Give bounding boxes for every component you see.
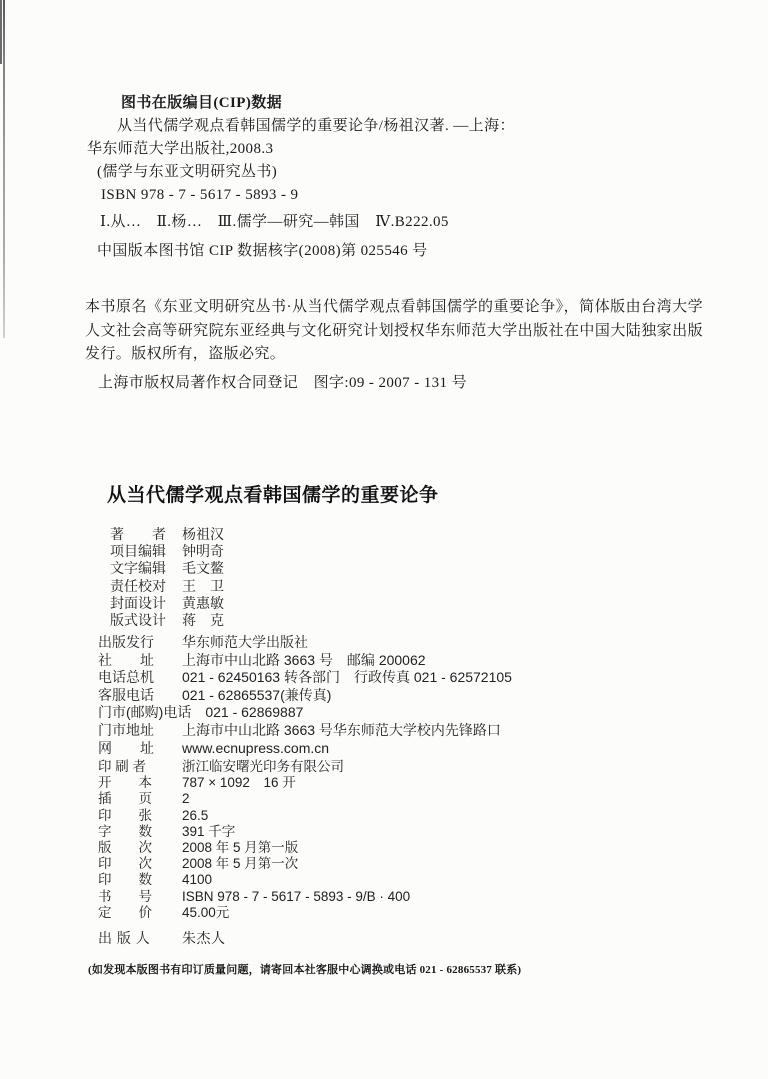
row-label: 责任校对 (110, 578, 182, 595)
copyright-notice-paragraph: 本书原名《东亚文明研究丛书·从当代儒学观点看韩国儒学的重要论争》，简体版由台湾大… (85, 296, 703, 367)
printing-row-print-run: 印 数4100 (98, 872, 410, 888)
row-label: 版 次 (98, 840, 182, 856)
row-value: 4100 (182, 872, 212, 888)
publishing-row-service-phone: 客服电话021 - 62865537(兼传真) (98, 687, 512, 705)
scan-edge-artifact (0, 0, 2, 64)
row-value: 45.00元 (182, 905, 229, 921)
printing-row-price: 定 价45.00元 (98, 905, 410, 921)
scan-edge-line (3, 0, 5, 338)
row-label: 出 版 人 (98, 929, 182, 947)
row-label: 印 张 (98, 808, 182, 824)
credit-row-cover-design: 封面设计黄惠敏 (110, 595, 224, 612)
credit-row-author: 著 者杨祖汉 (110, 526, 224, 543)
row-value: 2008 年 5 月第一版 (182, 840, 298, 856)
publishing-row-switchboard: 电话总机021 - 62450163 转各部门 行政传真 021 - 62572… (98, 669, 512, 687)
credit-row-project-editor: 项目编辑钟明奇 (110, 543, 224, 560)
row-value: 黄惠敏 (182, 595, 224, 612)
row-label: 版式设计 (110, 612, 182, 629)
cip-title-line: 从当代儒学观点看韩国儒学的重要论争/杨祖汉著. —上海： (117, 115, 707, 138)
row-label: 印 数 (98, 872, 182, 888)
printing-row-printer: 印 刷 者浙江临安曙光印务有限公司 (98, 759, 410, 775)
publishing-row-website: 网 址www.ecnupress.com.cn (98, 740, 512, 758)
row-value: 021 - 62450163 转各部门 行政传真 021 - 62572105 (182, 669, 512, 687)
row-value: 021 - 62869887 (191, 704, 303, 722)
credit-row-text-editor: 文字编辑毛文鳌 (110, 560, 224, 577)
publisher-row: 出 版 人朱杰人 (98, 929, 226, 947)
printing-row-format: 开 本787 × 1092 16 开 (98, 775, 410, 791)
row-label: 印 刷 者 (98, 759, 182, 775)
row-value: 2 (182, 791, 190, 807)
credit-row-layout-design: 版式设计蒋 克 (110, 612, 224, 629)
row-value: 毛文鳌 (182, 560, 224, 577)
row-label: 字 数 (98, 824, 182, 840)
row-label: 印 次 (98, 856, 182, 872)
printing-row-word-count: 字 数391 千字 (98, 824, 410, 840)
row-label: 客服电话 (98, 687, 182, 705)
row-label: 插 页 (98, 791, 182, 807)
row-label: 封面设计 (110, 595, 182, 612)
cip-block: 图书在版编目(CIP)数据 从当代儒学观点看韩国儒学的重要论争/杨祖汉著. —上… (85, 92, 707, 263)
cip-record-number-line: 中国版本图书馆 CIP 数据核字(2008)第 025546 号 (97, 240, 707, 263)
row-value: 021 - 62865537(兼传真) (182, 687, 331, 705)
printing-row-book-number: 书 号ISBN 978 - 7 - 5617 - 5893 - 9/B · 40… (98, 889, 410, 905)
cip-header: 图书在版编目(CIP)数据 (121, 92, 707, 115)
row-label: 文字编辑 (110, 560, 182, 577)
row-value: 蒋 克 (182, 612, 224, 629)
cip-isbn-line: ISBN 978 - 7 - 5617 - 5893 - 9 (101, 184, 707, 207)
row-value: 浙江临安曙光印务有限公司 (182, 759, 344, 775)
row-value: 王 卫 (182, 578, 224, 595)
printing-row-edition: 版 次2008 年 5 月第一版 (98, 840, 410, 856)
publishing-row-store-address: 门市地址上海市中山北路 3663 号华东师范大学校内先锋路口 (98, 722, 512, 740)
cip-classification-line: Ⅰ.从… Ⅱ.杨… Ⅲ.儒学—研究—韩国 Ⅳ.B222.05 (100, 211, 707, 234)
row-value: 朱杰人 (182, 929, 226, 947)
row-value: 391 千字 (182, 824, 235, 840)
scanned-copyright-page: 图书在版编目(CIP)数据 从当代儒学观点看韩国儒学的重要论争/杨祖汉著. —上… (0, 0, 768, 1079)
quality-complaint-footnote: (如发现本版图书有印订质量问题，请寄回本社客服中心调换或电话 021 - 628… (88, 961, 521, 977)
cip-series-line: (儒学与东亚文明研究丛书) (97, 161, 707, 184)
publishing-info-list: 出版发行华东师范大学出版社 社 址上海市中山北路 3663 号 邮编 20006… (98, 634, 512, 757)
row-value: www.ecnupress.com.cn (182, 740, 329, 758)
printing-info-list: 印 刷 者浙江临安曙光印务有限公司 开 本787 × 1092 16 开 插 页… (98, 759, 410, 921)
row-label: 开 本 (98, 775, 182, 791)
row-label: 社 址 (98, 652, 182, 670)
publishing-row-store-phone: 门市(邮购)电话 021 - 62869887 (98, 704, 512, 722)
row-value: 787 × 1092 16 开 (182, 775, 296, 791)
publisher-person-row: 出 版 人朱杰人 (98, 929, 226, 947)
book-title: 从当代儒学观点看韩国儒学的重要论争 (107, 480, 439, 507)
printing-row-sheets: 印 张26.5 (98, 808, 410, 824)
row-label: 著 者 (110, 526, 182, 543)
printing-row-impression: 印 次2008 年 5 月第一次 (98, 856, 410, 872)
printing-row-inserts: 插 页2 (98, 791, 410, 807)
row-value: 杨祖汉 (182, 526, 224, 543)
row-label: 电话总机 (98, 669, 182, 687)
credit-row-proofreader: 责任校对王 卫 (110, 578, 224, 595)
row-value: 华东师范大学出版社 (182, 634, 308, 652)
cip-publisher-line: 华东师范大学出版社,2008.3 (87, 138, 707, 161)
row-label: 出版发行 (98, 634, 182, 652)
row-label: 书 号 (98, 889, 182, 905)
row-value: 上海市中山北路 3663 号 邮编 200062 (182, 652, 426, 670)
publishing-row-address: 社 址上海市中山北路 3663 号 邮编 200062 (98, 652, 512, 670)
row-label: 门市地址 (98, 722, 182, 740)
credits-list: 著 者杨祖汉 项目编辑钟明奇 文字编辑毛文鳌 责任校对王 卫 封面设计黄惠敏 版… (110, 526, 224, 629)
row-value: 钟明奇 (182, 543, 224, 560)
row-value: 上海市中山北路 3663 号华东师范大学校内先锋路口 (182, 722, 501, 740)
row-label: 网 址 (98, 740, 182, 758)
copyright-registration-line: 上海市版权局著作权合同登记 图字:09 - 2007 - 131 号 (98, 371, 467, 392)
row-label: 门市(邮购)电话 (98, 704, 191, 722)
row-label: 定 价 (98, 905, 182, 921)
row-value: 2008 年 5 月第一次 (182, 856, 298, 872)
row-value: 26.5 (182, 808, 208, 824)
row-value: ISBN 978 - 7 - 5617 - 5893 - 9/B · 400 (182, 889, 410, 905)
row-label: 项目编辑 (110, 543, 182, 560)
publishing-row-publisher: 出版发行华东师范大学出版社 (98, 634, 512, 652)
